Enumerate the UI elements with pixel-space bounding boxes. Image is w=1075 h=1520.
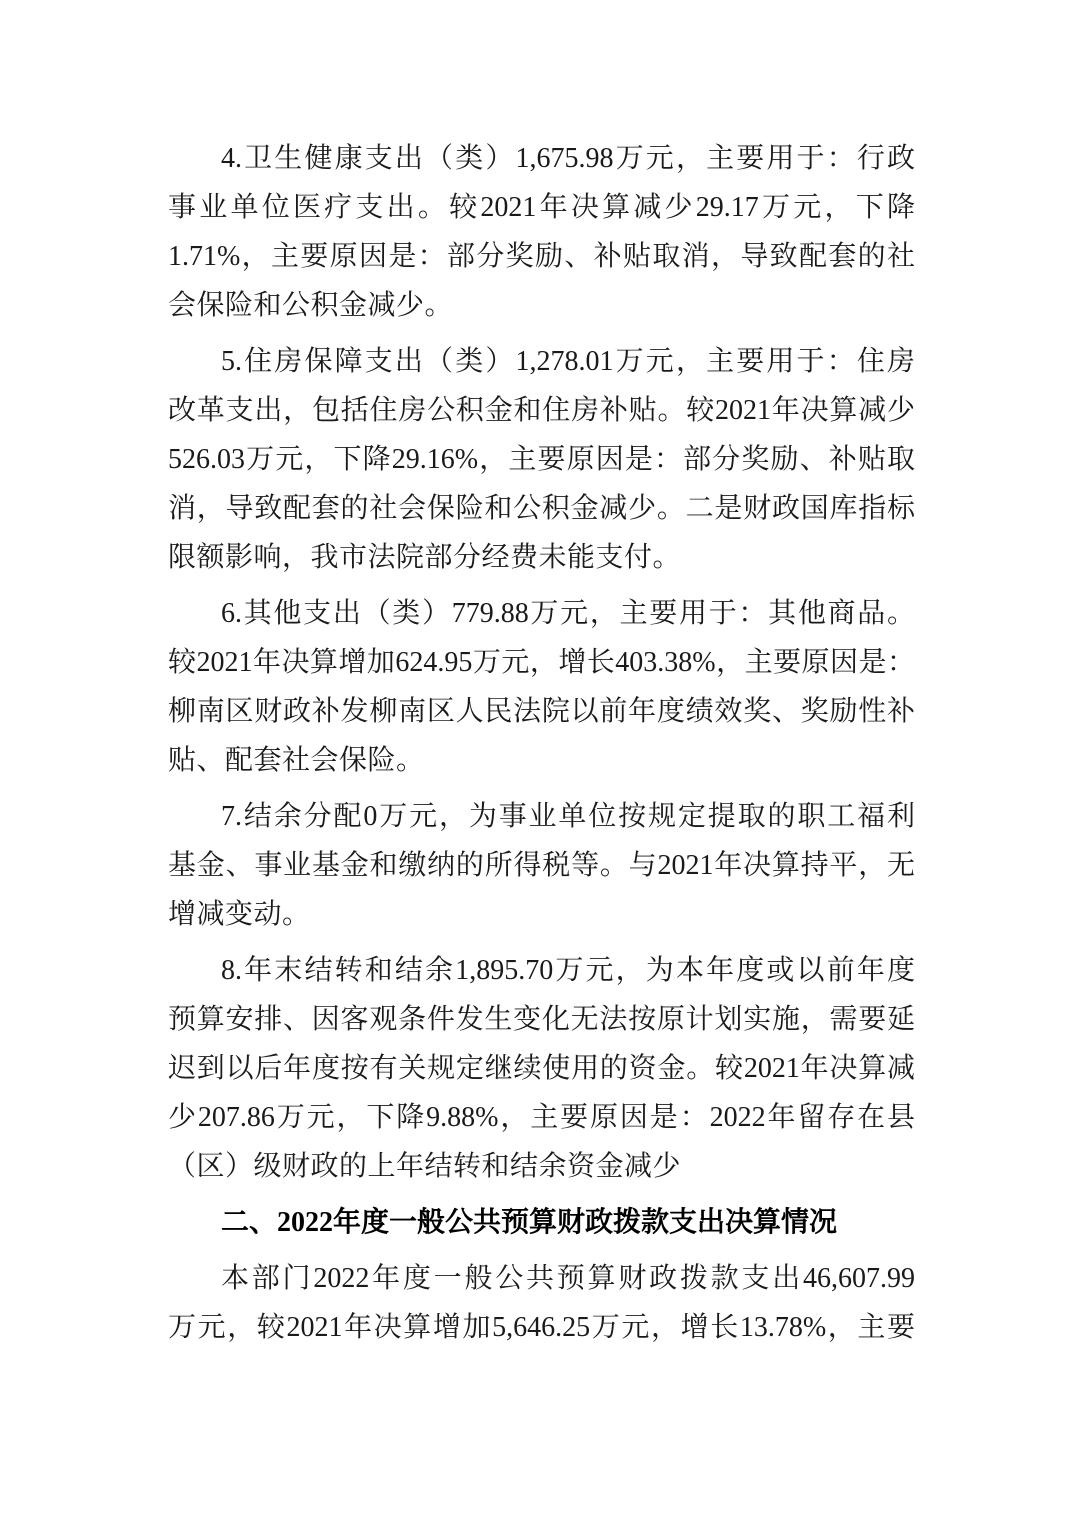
text-line: 1.71%，主要原因是：部分奖励、补贴取消，导致配套的社 bbox=[168, 232, 915, 281]
para-housing-expenditure: 5.住房保障支出（类）1,278.01万元，主要用于：住房改革支出，包括住房公积… bbox=[168, 337, 915, 582]
text-line: 迟到以后年度按有关规定继续使用的资金。较2021年决算减 bbox=[168, 1044, 915, 1093]
text-line: 4.卫生健康支出（类）1,675.98万元，主要用于：行政 bbox=[168, 134, 915, 183]
text-line: 预算安排、因客观条件发生变化无法按原计划实施，需要延 bbox=[168, 995, 915, 1044]
text-line: 二、2022年度一般公共预算财政拨款支出决算情况 bbox=[168, 1198, 915, 1247]
text-line: 5.住房保障支出（类）1,278.01万元，主要用于：住房 bbox=[168, 337, 915, 386]
text-line: 526.03万元，下降29.16%，主要原因是：部分奖励、补贴取 bbox=[168, 435, 915, 484]
text-line: 基金、事业基金和缴纳的所得税等。与2021年决算持平，无 bbox=[168, 841, 915, 890]
text-line: 7.结余分配0万元，为事业单位按规定提取的职工福利 bbox=[168, 792, 915, 841]
text-line: 限额影响，我市法院部分经费未能支付。 bbox=[168, 533, 915, 582]
text-line: 会保险和公积金减少。 bbox=[168, 281, 915, 330]
text-line: 贴、配套社会保险。 bbox=[168, 736, 915, 785]
text-line: 柳南区财政补发柳南区人民法院以前年度绩效奖、奖励性补 bbox=[168, 687, 915, 736]
document-body: 4.卫生健康支出（类）1,675.98万元，主要用于：行政事业单位医疗支出。较2… bbox=[168, 134, 915, 1359]
para-year-end-carryover: 8.年末结转和结余1,895.70万元，为本年度或以前年度预算安排、因客观条件发… bbox=[168, 946, 915, 1191]
text-line: 6.其他支出（类）779.88万元，主要用于：其他商品。 bbox=[168, 589, 915, 638]
text-line: 8.年末结转和结余1,895.70万元，为本年度或以前年度 bbox=[168, 946, 915, 995]
document-page: 4.卫生健康支出（类）1,675.98万元，主要用于：行政事业单位医疗支出。较2… bbox=[0, 0, 1075, 1520]
text-line: 本部门2022年度一般公共预算财政拨款支出46,607.99 bbox=[168, 1254, 915, 1303]
text-line: 消，导致配套的社会保险和公积金减少。二是财政国库指标 bbox=[168, 484, 915, 533]
text-line: 改革支出，包括住房公积金和住房补贴。较2021年决算减少 bbox=[168, 386, 915, 435]
text-line: 较2021年决算增加624.95万元，增长403.38%，主要原因是： bbox=[168, 638, 915, 687]
text-line: （区）级财政的上年结转和结余资金减少 bbox=[168, 1142, 915, 1191]
para-health-expenditure: 4.卫生健康支出（类）1,675.98万元，主要用于：行政事业单位医疗支出。较2… bbox=[168, 134, 915, 330]
para-surplus-distribution: 7.结余分配0万元，为事业单位按规定提取的职工福利基金、事业基金和缴纳的所得税等… bbox=[168, 792, 915, 939]
text-line: 事业单位医疗支出。较2021年决算减少29.17万元，下降 bbox=[168, 183, 915, 232]
text-line: 少207.86万元，下降9.88%，主要原因是：2022年留存在县 bbox=[168, 1093, 915, 1142]
para-general-budget-expenditure-summary: 本部门2022年度一般公共预算财政拨款支出46,607.99万元，较2021年决… bbox=[168, 1254, 915, 1352]
section-heading-fiscal-appropriation-expenditure: 二、2022年度一般公共预算财政拨款支出决算情况 bbox=[168, 1198, 915, 1247]
para-other-expenditure: 6.其他支出（类）779.88万元，主要用于：其他商品。较2021年决算增加62… bbox=[168, 589, 915, 785]
text-line: 增减变动。 bbox=[168, 890, 915, 939]
text-line: 万元，较2021年决算增加5,646.25万元，增长13.78%，主要 bbox=[168, 1303, 915, 1352]
